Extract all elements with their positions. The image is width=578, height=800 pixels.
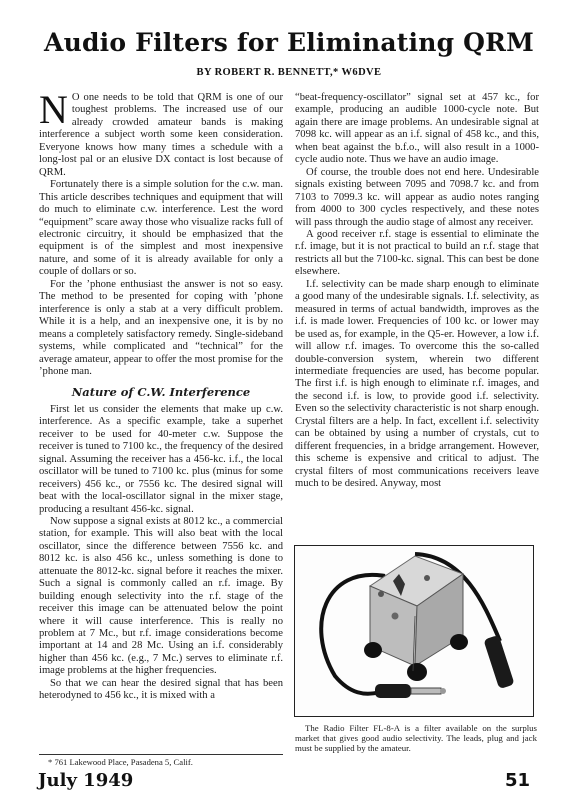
filter-box-illustration-icon — [295, 546, 534, 717]
body-paragraph: For the ’phone enthusiast the answer is … — [39, 279, 283, 379]
section-subheading: Nature of C.W. Interference — [39, 386, 283, 398]
body-paragraph: “beat-frequency-oscillator” signal set a… — [295, 92, 539, 167]
radio-filter-photo — [294, 545, 534, 717]
intro-paragraph: NO one needs to be told that QRM is one … — [39, 92, 283, 179]
article-title: Audio Filters for Eliminating QRM — [0, 28, 578, 57]
drop-cap: N — [39, 94, 68, 126]
body-paragraph: So that we can hear the desired signal t… — [39, 678, 283, 703]
footnote-divider — [39, 754, 283, 755]
body-paragraph: A good receiver r.f. stage is essential … — [295, 229, 539, 279]
page-number: 51 — [505, 770, 530, 791]
author-footnote: * 761 Lakewood Place, Pasadena 5, Calif. — [48, 757, 193, 767]
figure-caption: The Radio Filter FL-8-A is a filter avai… — [295, 723, 537, 754]
left-column: NO one needs to be told that QRM is one … — [39, 92, 283, 703]
article-byline: BY ROBERT R. BENNETT,* W6DVE — [0, 67, 578, 78]
body-paragraph: Of course, the trouble does not end here… — [295, 167, 539, 229]
issue-date: July 1949 — [38, 770, 133, 791]
body-paragraph: I.f. selectivity can be made sharp enoug… — [295, 279, 539, 491]
body-paragraph: Fortunately there is a simple solution f… — [39, 179, 283, 279]
body-paragraph: First let us consider the elements that … — [39, 404, 283, 516]
right-column: “beat-frequency-oscillator” signal set a… — [295, 92, 539, 491]
body-paragraph: Now suppose a signal exists at 8012 kc.,… — [39, 516, 283, 678]
